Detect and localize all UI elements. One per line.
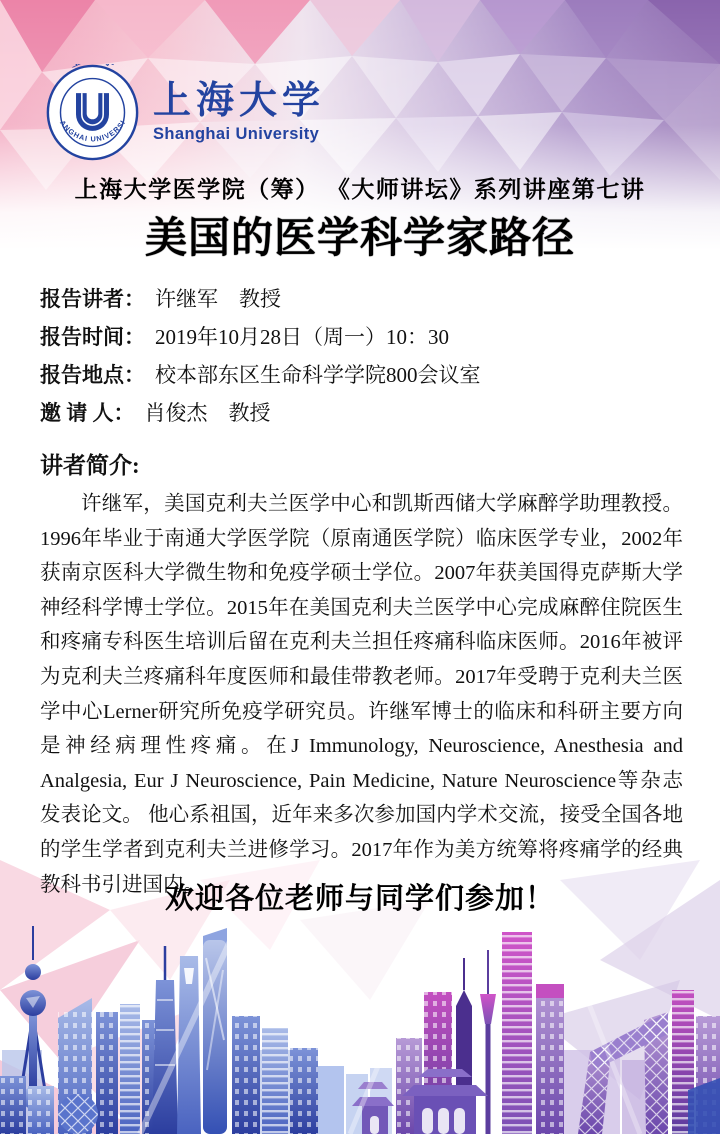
poster-content: 上海大学 SHANGHAI UNIVERSITY 上海大学 Shanghai U… — [0, 0, 720, 1134]
lecture-series-line: 上海大学医学院（筹） 《大师讲坛》系列讲座第七讲 — [0, 171, 720, 204]
lecture-title: 美国的医学科学家路径 — [0, 205, 720, 265]
university-name-cn: 上海大学 — [153, 81, 325, 123]
detail-value: 许继军 教授 — [155, 287, 281, 311]
detail-value: 校本部东区生命科学学院800会议室 — [155, 363, 481, 387]
detail-row-location: 报告地点：校本部东区生命科学学院800会议室 — [40, 363, 682, 388]
university-name-en: Shanghai University — [153, 125, 325, 144]
closing-line: 欢迎各位老师与同学们参加！ — [0, 876, 720, 917]
lecture-details: 报告讲者：许继军 教授 报告时间：2019年10月28日（周一）10：30 报告… — [40, 287, 682, 439]
detail-label: 报告时间： — [40, 325, 145, 349]
university-wordmark: 上海大学 Shanghai University — [153, 81, 325, 145]
detail-label: 报告讲者： — [40, 287, 145, 311]
detail-row-speaker: 报告讲者：许继军 教授 — [40, 287, 682, 312]
detail-label: 报告地点： — [40, 363, 145, 387]
detail-value: 2019年10月28日（周一）10：30 — [155, 325, 449, 349]
shanghai-university-seal-icon: 上海大学 SHANGHAI UNIVERSITY — [44, 64, 141, 161]
detail-row-host: 邀 请 人：肖俊杰 教授 — [40, 401, 682, 426]
lecture-poster: 上海大学 SHANGHAI UNIVERSITY 上海大学 Shanghai U… — [0, 0, 720, 1134]
detail-value: 肖俊杰 教授 — [145, 401, 271, 425]
detail-label: 邀 请 人： — [40, 401, 135, 425]
bio-paragraph: 许继军，美国克利夫兰医学中心和凯斯西储大学麻醉学助理教授。1996年毕业于南通大… — [40, 487, 683, 902]
university-header: 上海大学 SHANGHAI UNIVERSITY 上海大学 Shanghai U… — [44, 64, 325, 161]
detail-row-time: 报告时间：2019年10月28日（周一）10：30 — [40, 325, 682, 350]
bio-heading: 讲者简介: — [40, 447, 140, 480]
